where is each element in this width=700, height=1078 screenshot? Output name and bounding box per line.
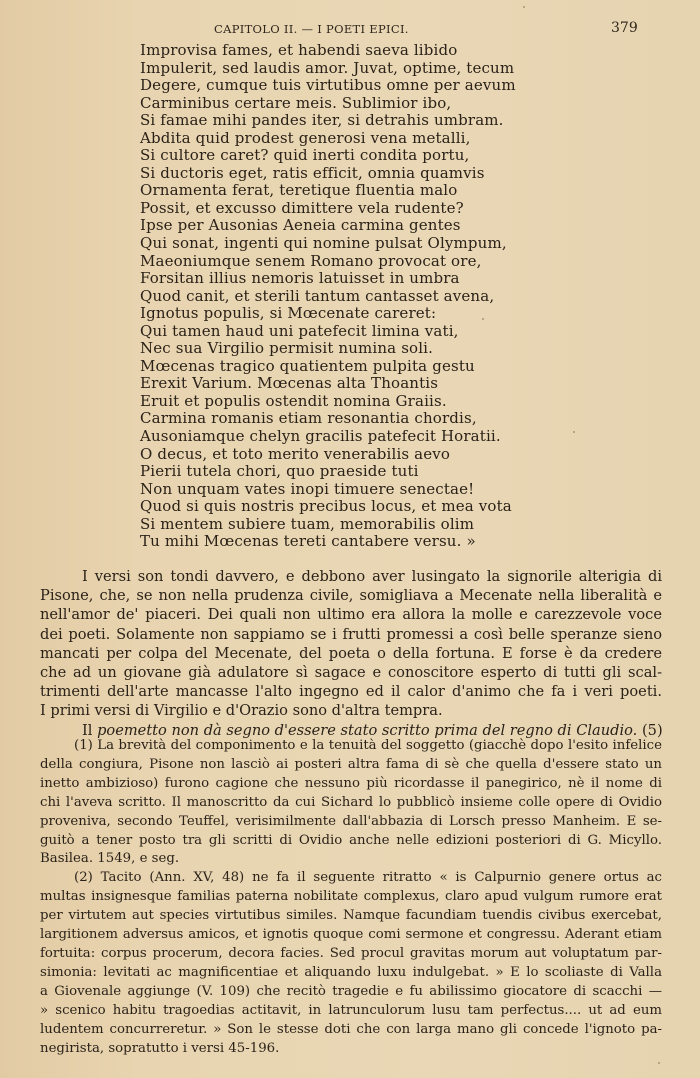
prose-line: che ad un giovane già adulatore sì sagac… [40,663,662,682]
paper-speck [573,431,575,433]
verse-line: Si mentem subiere tuam, memorabilis olim [140,516,516,534]
footnote-line: negirista, sopratutto i versi 45-196. [40,1040,662,1059]
footnote-line: della congiura, Pisone non lasciò ai pos… [40,756,662,775]
footnote-2: (2) Tacito (Ann. XV, 48) ne fa il seguen… [40,869,662,1058]
verse-line: Si cultore caret? quid inerti condita po… [140,147,516,165]
footnote-line: inetto ambizioso) furono cagione che nes… [40,775,662,794]
verse-line: Non unquam vates inopi timuere senectae! [140,481,516,499]
prose-line: Pisone, che, se non nella prudenza civil… [40,586,662,605]
verse-line: Maeoniumque senem Romano provocat ore, [140,253,516,271]
verse-line: Qui tamen haud uni patefecit limina vati… [140,323,516,341]
verse-line: Pierii tutela chori, quo praeside tuti [140,463,516,481]
verse-line: Qui sonat, ingenti qui nomine pulsat Oly… [140,235,516,253]
book-page: CAPITOLO II. — I POETI EPICI. 379 Improv… [0,0,700,1078]
verse-line: Ausoniamque chelyn gracilis patefecit Ho… [140,428,516,446]
footnote-line: (2) Tacito (Ann. XV, 48) ne fa il seguen… [40,869,662,888]
footnote-line: (1) La brevità del componimento e la ten… [40,737,662,756]
verse-line: Erexit Varium. Mœcenas alta Thoantis [140,375,516,393]
prose-line: nell'amor de' piaceri. Dei quali non ult… [40,605,662,624]
footnote-line: a Giovenale aggiunge (V. 109) che recitò… [40,983,662,1002]
verse-line: Improvisa fames, et habendi saeva libido [140,42,516,60]
prose-line: mancati per colpa del Mecenate, del poet… [40,644,662,663]
running-head: CAPITOLO II. — I POETI EPICI. [214,22,409,36]
paper-speck [658,1062,660,1064]
verse-line: Tu mihi Mœcenas tereti cantabere versu. … [140,533,516,551]
footnote-line: simonia: levitati ac magnificentiae et a… [40,964,662,983]
footnote-line: » scenico habitu tragoedias actitavit, i… [40,1002,662,1021]
verse-line: Quod canit, et sterili tantum cantasset … [140,288,516,306]
footnote-line: fortuita: corpus procerum, decora facies… [40,945,662,964]
verse-line: Ornamenta ferat, teretique fluentia malo [140,182,516,200]
verse-quotation: Improvisa fames, et habendi saeva libido… [140,42,516,551]
footnote-line: proveniva, secondo Teuffel, verisimilmen… [40,813,662,832]
footnote-line: chi l'aveva scritto. Il manoscritto da c… [40,794,662,813]
verse-line: Mœcenas tragico quatientem pulpita gestu [140,358,516,376]
verse-line: Possit, et excusso dimittere vela rudent… [140,200,516,218]
verse-line: Degere, cumque tuis virtutibus omne per … [140,77,516,95]
verse-line: Quod si quis nostris precibus locus, et … [140,498,516,516]
verse-line: Eruit et populis ostendit nomina Graiis. [140,393,516,411]
footnote-line: multas insignesque familias paterna nobi… [40,888,662,907]
footnote-line: largitionem adversus amicos, et ignotis … [40,926,662,945]
verse-line: Forsitan illius nemoris latuisset in umb… [140,270,516,288]
verse-line: Si ductoris eget, ratis efficit, omnia q… [140,165,516,183]
verse-line: Impulerit, sed laudis amor. Juvat, optim… [140,60,516,78]
verse-line: Si famae mihi pandes iter, si detrahis u… [140,112,516,130]
body-paragraph: I versi son tondi davvero, e debbono ave… [40,567,662,740]
footnote-line: ludentem concurreretur. » Son le stesse … [40,1021,662,1040]
footnote-1: (1) La brevità del componimento e la ten… [40,737,662,869]
footnote-line: per virtutem aut species virtutibus simi… [40,907,662,926]
prose-line: I versi son tondi davvero, e debbono ave… [40,567,662,586]
paper-speck [523,6,525,8]
verse-line: Ipse per Ausonias Aeneia carmina gentes [140,217,516,235]
prose-line: dei poeti. Solamente non sappiamo se i f… [40,625,662,644]
verse-line: Carminibus certare meis. Sublimior ibo, [140,95,516,113]
prose-line: trimenti dell'arte mancasse l'alto ingeg… [40,682,662,701]
page-number: 379 [611,20,638,36]
verse-line: Abdita quid prodest generosi vena metall… [140,130,516,148]
verse-line: O decus, et toto merito venerabilis aevo [140,446,516,464]
footnotes: (1) La brevità del componimento e la ten… [40,737,662,1058]
prose-line: I primi versi di Virgilio e d'Orazio son… [40,701,662,720]
footnote-line: Basilea. 1549, e seg. [40,850,662,869]
footnote-line: guitò a tener posto tra gli scritti di O… [40,832,662,851]
verse-line: Ignotus populis, si Mœcenate careret: [140,305,516,323]
paper-speck [482,318,484,320]
verse-line: Carmina romanis etiam resonantia chordis… [140,410,516,428]
verse-line: Nec sua Virgilio permisit numina soli. [140,340,516,358]
